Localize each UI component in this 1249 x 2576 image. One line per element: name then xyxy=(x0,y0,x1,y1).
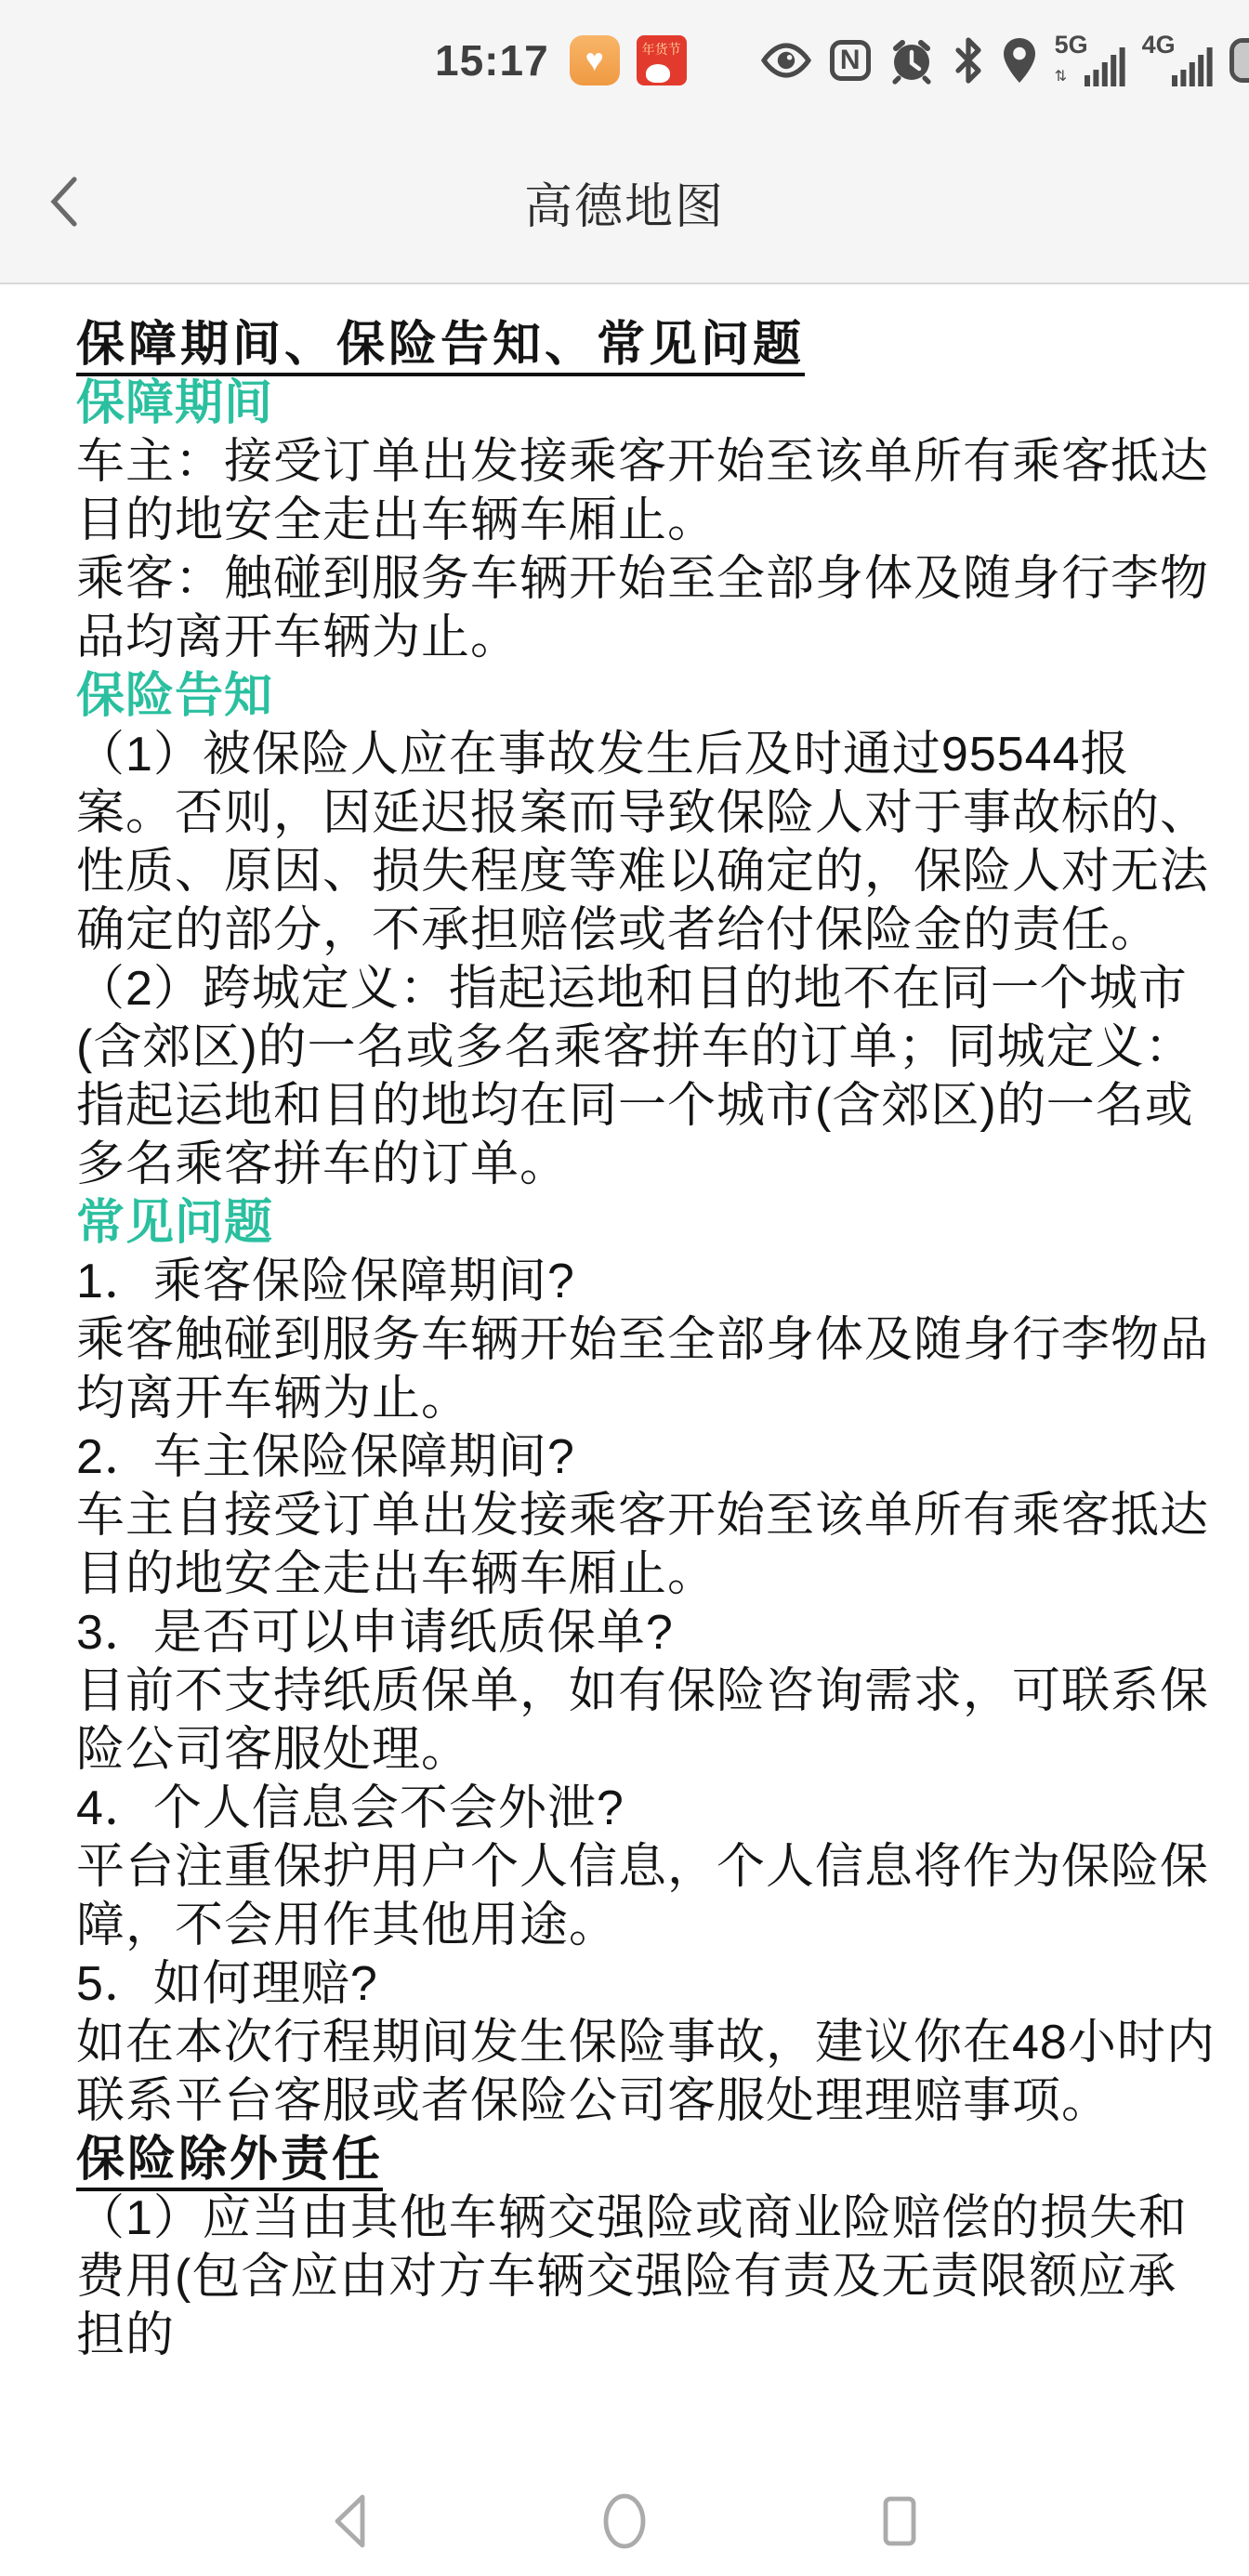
faq-question: 1．乘客保险保障期间? xyxy=(76,1253,1216,1311)
signal-4g-icon: 4G xyxy=(1142,34,1213,86)
status-bar: 15:17 ♥ 年货节 N xyxy=(0,0,1249,121)
faq-answer: 车主自接受订单出发接乘客开始至该单所有乘客抵达目的地安全走出车辆车厢止。 xyxy=(76,1487,1216,1604)
location-icon xyxy=(1001,36,1038,85)
faq-answer: 如在本次行程期间发生保险事故，建议你在48小时内联系平台客服或者保险公司客服处理… xyxy=(76,2014,1216,2131)
paragraph: （2）跨城定义：指起运地和目的地不在同一个城市(含郊区)的一名或多名乘客拼车的订… xyxy=(76,960,1216,1194)
clock-text: 15:17 xyxy=(435,35,549,85)
faq-question: 2．车主保险保障期间? xyxy=(76,1428,1216,1487)
section-heading-coverage-period: 保障期间 xyxy=(76,375,1216,433)
festival-badge-text: 年货节 xyxy=(642,40,681,59)
document-body: 保障期间、保险告知、常见问题 保障期间 车主：接受订单出发接乘客开始至该单所有乘… xyxy=(0,284,1249,2576)
signal-5g-icon: 5G ⇅ xyxy=(1055,34,1125,86)
health-app-notification-icon: ♥ xyxy=(570,35,620,85)
nfc-icon: N xyxy=(830,40,871,81)
section-heading-insurance-notice: 保险告知 xyxy=(76,667,1216,726)
phone-screen: 15:17 ♥ 年货节 N xyxy=(0,0,1249,2576)
paragraph: （1）被保险人应在事故发生后及时通过95544报案。否则，因延迟报案而导致保险人… xyxy=(76,726,1216,960)
faq-question: 3．是否可以申请纸质保单? xyxy=(76,1604,1216,1663)
bluetooth-icon xyxy=(953,36,984,85)
section-heading-faq: 常见问题 xyxy=(76,1194,1216,1253)
signal-4g-label: 4G xyxy=(1142,33,1176,58)
paragraph: 车主：接受订单出发接乘客开始至该单所有乘客抵达目的地安全走出车辆车厢止。 xyxy=(76,433,1216,550)
faq-answer: 目前不支持纸质保单，如有保险咨询需求，可联系保险公司客服处理。 xyxy=(76,1663,1216,1780)
alarm-icon xyxy=(887,36,936,85)
eye-icon xyxy=(759,42,813,79)
battery-percent-text: 51 xyxy=(1234,43,1249,78)
page-title: 高德地图 xyxy=(0,121,1249,283)
nfc-letter: N xyxy=(830,40,871,81)
paragraph: （1）应当由其他车辆交强险或商业险赔偿的损失和费用(包含应由对方车辆交强险有责及… xyxy=(76,2189,1216,2365)
signal-5g-label: 5G xyxy=(1055,33,1088,58)
battery-icon: 51 xyxy=(1229,38,1249,83)
signal-5g-arrows: ⇅ xyxy=(1055,70,1067,85)
nav-back-button[interactable] xyxy=(322,2489,377,2554)
document-title: 保障期间、保险告知、常见问题 xyxy=(76,316,1216,375)
nav-home-button[interactable] xyxy=(597,2489,652,2554)
faq-answer: 平台注重保护用户个人信息，个人信息将作为保险保障，不会用作其他用途。 xyxy=(76,1838,1216,1955)
faq-answer: 乘客触碰到服务车辆开始至全部身体及随身行李物品均离开车辆为止。 xyxy=(76,1311,1216,1428)
android-nav-bar xyxy=(0,2466,1249,2576)
faq-question: 5．如何理赔? xyxy=(76,1955,1216,2014)
nav-recents-button[interactable] xyxy=(872,2489,927,2554)
paragraph: 乘客：触碰到服务车辆开始至全部身体及随身行李物品均离开车辆为止。 xyxy=(76,550,1216,667)
faq-question: 4．个人信息会不会外泄? xyxy=(76,1780,1216,1838)
section-heading-exclusions: 保险除外责任 xyxy=(76,2131,1216,2189)
heart-icon: ♥ xyxy=(585,45,604,76)
dog-mascot-icon xyxy=(646,64,670,83)
festival-notification-icon: 年货节 xyxy=(637,35,687,85)
app-header: 高德地图 xyxy=(0,121,1249,284)
